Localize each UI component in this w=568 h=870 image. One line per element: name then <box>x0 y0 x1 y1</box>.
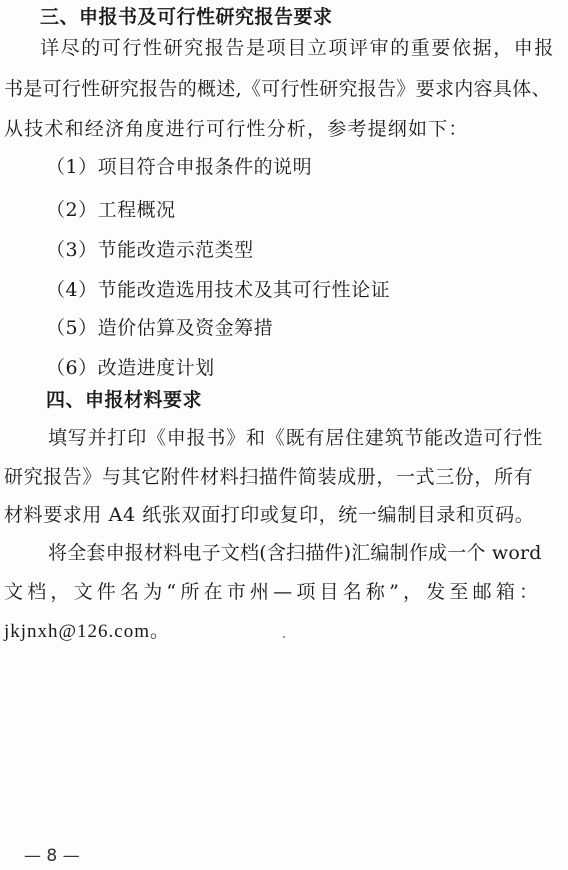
outline-item-6: （6）改造进度计划 <box>46 356 215 380</box>
outline-item-4: （4）节能改造选用技术及其可行性论证 <box>46 278 390 302</box>
section-4-paragraph-1-line-1: 填写并打印《申报书》和《既有居住建筑节能改造可行性 <box>48 426 543 450</box>
page-number: — 8 — <box>24 846 80 866</box>
section-3-paragraph-line-2: 书是可行性研究报告的概述,《可行性研究报告》要求内容具体、 <box>4 77 551 101</box>
section-3-heading: 三、申报书及可行性研究报告要求 <box>40 5 333 29</box>
outline-item-5: （5）造价估算及资金筹措 <box>46 316 273 340</box>
outline-item-2: （2）工程概况 <box>46 198 176 222</box>
outline-item-1: （1）项目符合申报条件的说明 <box>46 155 312 179</box>
section-4-paragraph-1-line-2: 研究报告》与其它附件材料扫描件简装成册，一式三份，所有 <box>4 465 533 489</box>
section-4-paragraph-1-line-3: 材料要求用 A4 纸张双面打印或复印，统一编制目录和页码。 <box>4 503 534 527</box>
section-4-paragraph-2-line-2: 文档，文件名为“所在市州—项目名称”，发至邮箱： <box>4 580 542 604</box>
outline-item-3: （3）节能改造示范类型 <box>46 238 254 262</box>
section-4-heading: 四、申报材料要求 <box>46 388 202 412</box>
section-3-paragraph-line-3: 从技术和经济角度进行可行性分析，参考提纲如下： <box>4 117 469 141</box>
section-4-paragraph-2-line-1: 将全套申报材料电子文档(含扫描件)汇编制作成一个 word <box>48 541 542 565</box>
scan-speck <box>283 636 285 638</box>
section-3-paragraph-line-1: 详尽的可行性研究报告是项目立项评审的重要依据，申报 <box>40 36 555 60</box>
email-address: jkjnxh@126.com。 <box>4 620 170 644</box>
